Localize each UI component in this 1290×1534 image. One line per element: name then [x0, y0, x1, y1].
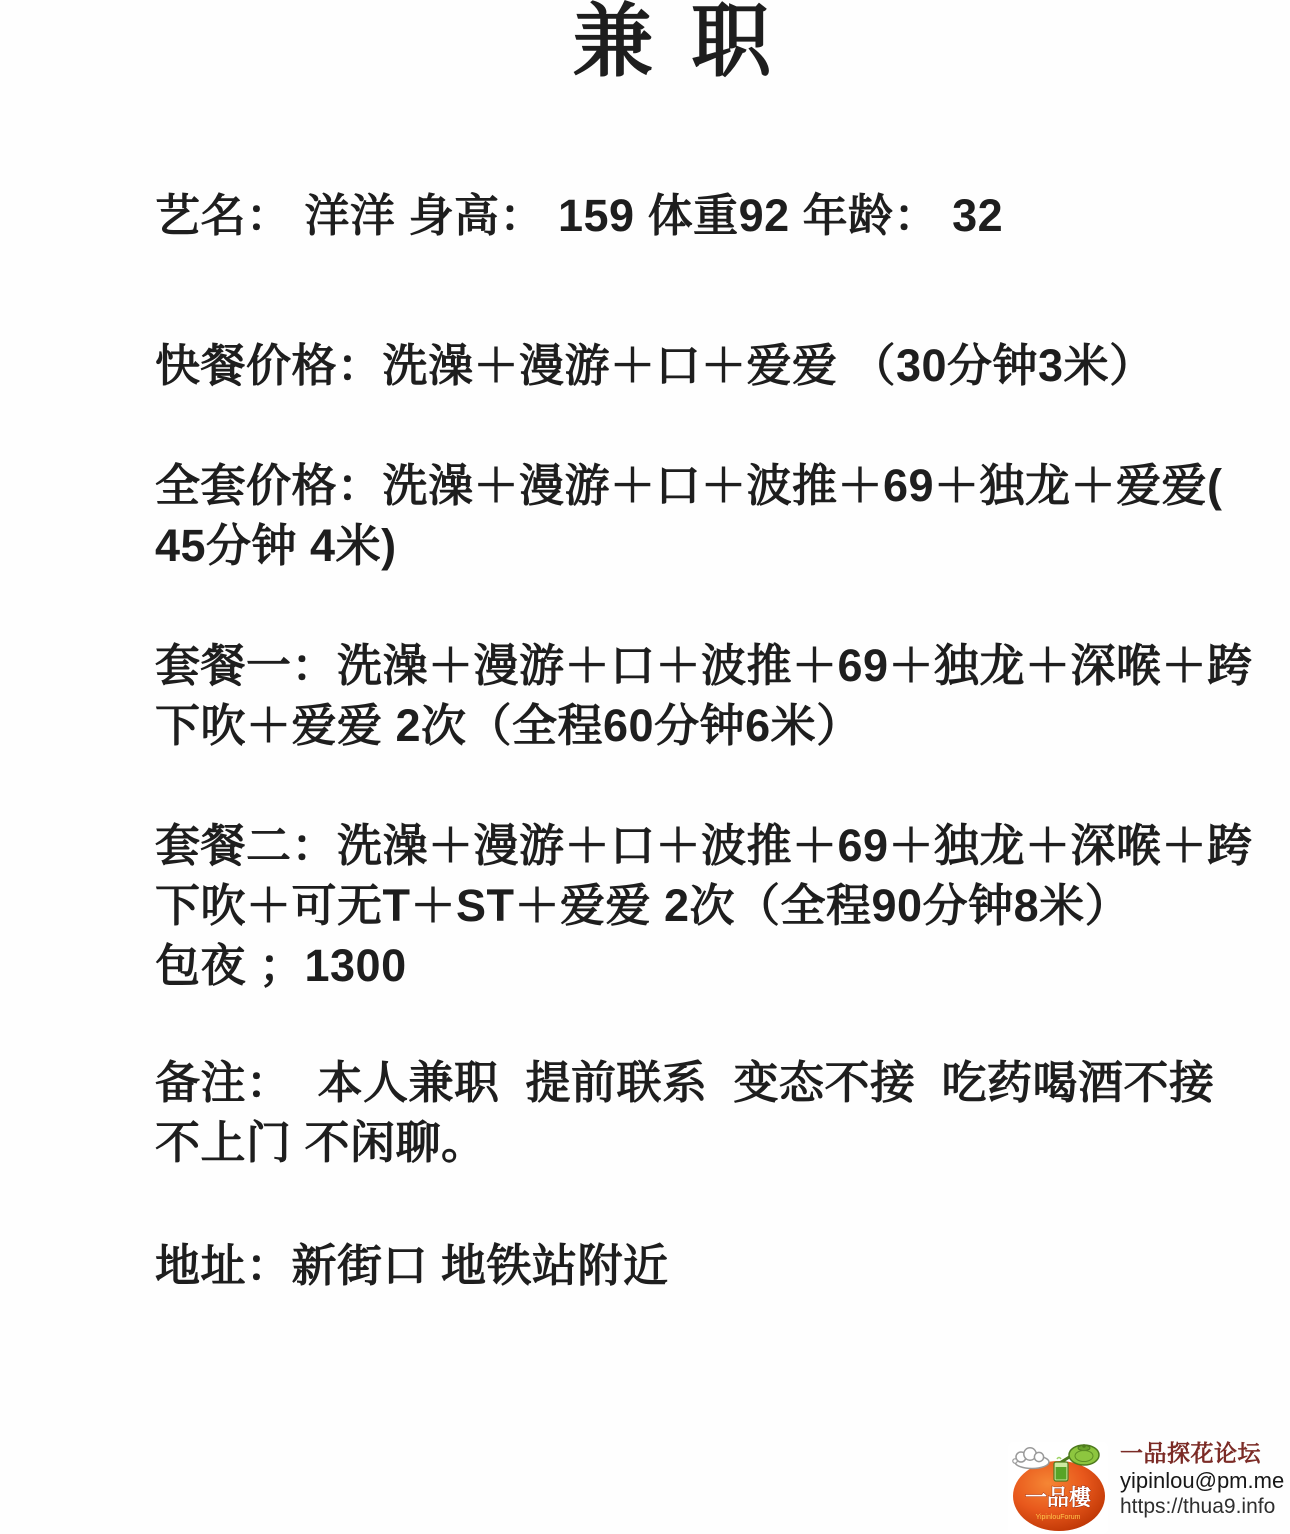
text-line: 下吹＋可无T＋ST＋爱爱 2次（全程90分钟8米） — [155, 876, 1270, 936]
address-line: 地址：新街口 地铁站附近 — [155, 1236, 1270, 1296]
text-line: 下吹＋爱爱 2次（全程60分钟6米） — [155, 696, 1270, 756]
text-line: 不上门 不闲聊。 — [155, 1113, 1270, 1173]
text-line: 套餐二：洗澡＋漫游＋口＋波推＋69＋独龙＋深喉＋跨 — [155, 816, 1270, 876]
profile-section: 艺名： 洋洋 身高： 159 体重92 年龄： 32 — [155, 186, 1270, 246]
logo-text: 一品樓 — [1025, 1485, 1092, 1510]
text-line: 包夜 ；1300 — [155, 936, 1270, 996]
section-fast-food-price: 快餐价格：洗澡＋漫游＋口＋爱爱 （30分钟3米） — [155, 336, 1270, 396]
watermark-text: 一品探花论坛 yipinlou@pm.me https://thua9.info — [1120, 1440, 1284, 1520]
logo-subtext: YipinlouForum — [1036, 1514, 1081, 1521]
page-title: 兼 职 — [0, 0, 1290, 89]
forum-email: yipinlou@pm.me — [1120, 1467, 1284, 1494]
section-full-set-price: 全套价格：洗澡＋漫游＋口＋波推＋69＋独龙＋爱爱( 45分钟 4米) — [155, 456, 1270, 576]
text-line: 全套价格：洗澡＋漫游＋口＋波推＋69＋独龙＋爱爱( — [155, 456, 1270, 516]
text-line: 45分钟 4米) — [155, 516, 1270, 576]
flyer-page: 兼 职 艺名： 洋洋 身高： 159 体重92 年龄： 32 快餐价格：洗澡＋漫… — [0, 0, 1290, 1534]
section-combo-one: 套餐一：洗澡＋漫游＋口＋波推＋69＋独龙＋深喉＋跨 下吹＋爱爱 2次（全程60分… — [155, 636, 1270, 756]
forum-url: https://thua9.info — [1120, 1494, 1284, 1520]
text-line: 备注： 本人兼职 提前联系 变态不接 吃药喝酒不接 — [155, 1053, 1270, 1113]
watermark: 一品樓 YipinlouForum 一品探花论坛 yipinlou@pm.me … — [1008, 1440, 1284, 1534]
section-address: 地址：新街口 地铁站附近 — [155, 1236, 1270, 1296]
profile-line: 艺名： 洋洋 身高： 159 体重92 年龄： 32 — [155, 186, 1270, 246]
forum-name: 一品探花论坛 — [1120, 1440, 1284, 1467]
section-combo-two: 套餐二：洗澡＋漫游＋口＋波推＋69＋独龙＋深喉＋跨 下吹＋可无T＋ST＋爱爱 2… — [155, 816, 1270, 996]
yipinlou-logo: 一品樓 YipinlouForum — [1008, 1442, 1108, 1534]
text-line: 套餐一：洗澡＋漫游＋口＋波推＋69＋独龙＋深喉＋跨 — [155, 636, 1270, 696]
text-line: 快餐价格：洗澡＋漫游＋口＋爱爱 （30分钟3米） — [155, 336, 1270, 396]
section-remarks: 备注： 本人兼职 提前联系 变态不接 吃药喝酒不接 不上门 不闲聊。 — [155, 1053, 1270, 1173]
